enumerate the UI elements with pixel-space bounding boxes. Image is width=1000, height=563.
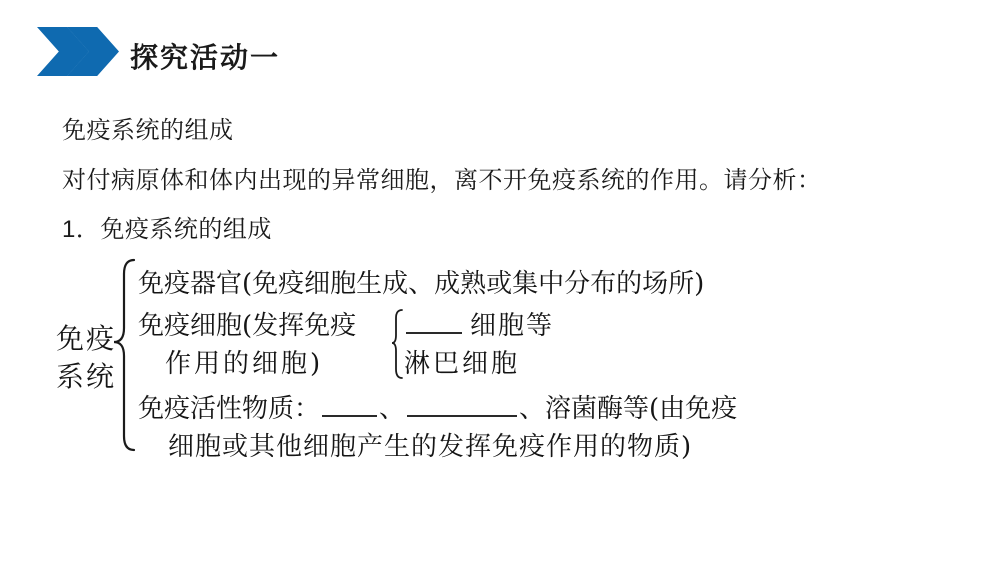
diagram-root-label: 免疫 系统	[56, 320, 116, 396]
fill-in-blank[interactable]	[322, 391, 377, 417]
slide-title: 探究活动一	[130, 36, 280, 76]
branch-immune-substances-line2: 细胞或其他细胞产生的发挥免疫作用的物质)	[168, 426, 692, 463]
list-item-1: 1．免疫系统的组成	[62, 209, 272, 244]
branch-lymphocyte-item: 淋巴细胞	[404, 343, 520, 380]
root-label-line1: 免疫	[56, 320, 116, 358]
slide: 探究活动一 免疫系统的组成 对付病原体和体内出现的异常细胞，离不开免疫系统的作用…	[0, 0, 1000, 563]
fill-in-blank[interactable]	[407, 391, 517, 417]
root-label-line2: 系统	[56, 358, 116, 396]
big-brace	[113, 258, 137, 452]
double-chevron-icon	[37, 27, 119, 76]
cells-etc-label: 细胞等	[470, 311, 554, 341]
small-brace	[391, 309, 404, 379]
fill-in-blank[interactable]	[406, 308, 462, 334]
branch-cells-blank-item: 细胞等	[406, 305, 554, 342]
separator-comma: 、	[379, 394, 405, 424]
branch-immune-substances: 免疫活性物质：、、溶菌酶等(由免疫	[138, 388, 737, 425]
branch-immune-cells-line2: 作用的细胞)	[165, 343, 323, 380]
intro-heading: 免疫系统的组成	[62, 110, 234, 145]
intro-sentence: 对付病原体和体内出现的异常细胞，离不开免疫系统的作用。请分析：	[62, 160, 822, 195]
substances-prefix: 免疫活性物质：	[138, 394, 320, 424]
branch-immune-cells-line1: 免疫细胞(发挥免疫	[138, 305, 356, 342]
branch-immune-organs: 免疫器官(免疫细胞生成、成熟或集中分布的场所)	[138, 263, 704, 300]
substances-suffix: 、溶菌酶等(由免疫	[519, 394, 737, 424]
